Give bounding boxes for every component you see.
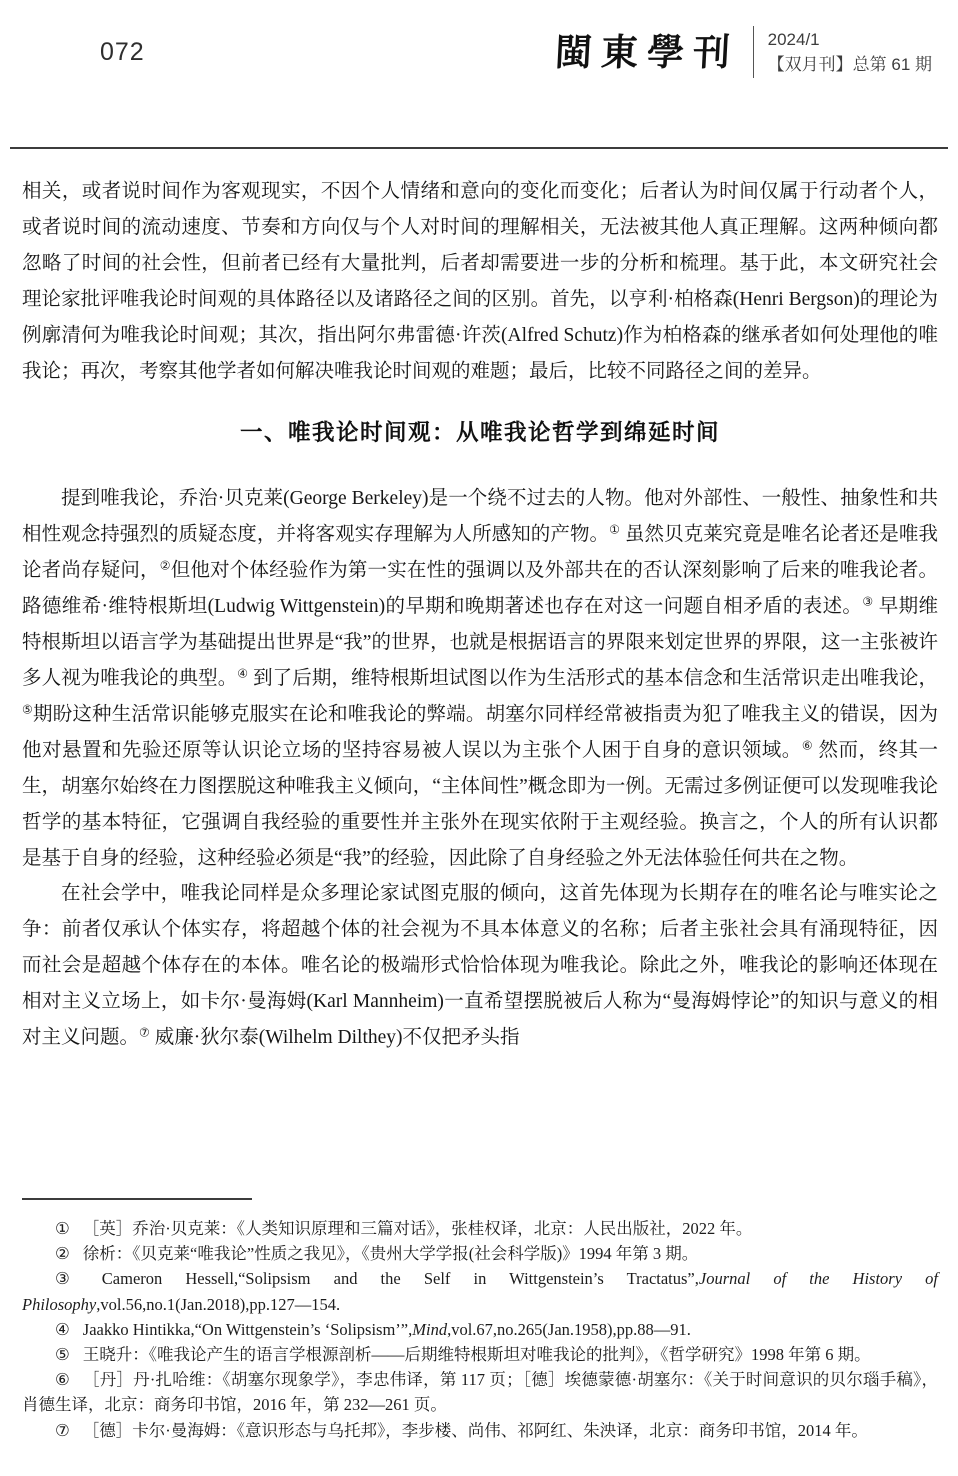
journal-page: 072 閩東學刊 2024/1 【双月刊】总第 61 期 相关，或者说时间作为客… (0, 0, 958, 1476)
footnote-marker: ⑦ (55, 1421, 70, 1440)
paragraph-philosophy: 提到唯我论，乔治·贝克莱(George Berkeley)是一个绕不过去的人物。… (22, 481, 938, 876)
page-header: 072 閩東學刊 2024/1 【双月刊】总第 61 期 (0, 0, 958, 147)
footnote-text: 王晓升：《唯我论产生的语言学根源剖析——后期维特根斯坦对唯我论的批判》，《哲学研… (83, 1345, 871, 1364)
footnote-item: ①［英］乔治·贝克莱：《人类知识原理和三篇对话》，张桂权译，北京：人民出版社，2… (22, 1216, 938, 1241)
footnote-item: ③Cameron Hessell,“Solipsism and the Self… (22, 1266, 938, 1316)
footnote-item: ②徐析：《贝克莱“唯我论”性质之我见》，《贵州大学学报(社会科学版)》1994 … (22, 1241, 938, 1266)
journal-masthead: 閩東學刊 2024/1 【双月刊】总第 61 期 (555, 26, 932, 78)
footnote-item: ⑥［丹］丹·扎哈维：《胡塞尔现象学》，李忠伟译，第 117 页；［德］埃德蒙德·… (22, 1367, 938, 1417)
header-rule (10, 147, 948, 149)
footnote-marker: ⑥ (55, 1370, 70, 1389)
masthead-divider-line (753, 26, 754, 78)
issue-number: 【双月刊】总第 61 期 (768, 53, 932, 78)
issue-year: 2024/1 (768, 28, 932, 53)
footnote-text: ［英］乔治·贝克莱：《人类知识原理和三篇对话》，张桂权译，北京：人民出版社，20… (83, 1219, 753, 1238)
footnote-text: 徐析：《贝克莱“唯我论”性质之我见》，《贵州大学学报(社会科学版)》1994 年… (83, 1244, 699, 1263)
section-heading: 一、唯我论时间观：从唯我论哲学到绵延时间 (22, 415, 938, 447)
footnote-item: ④Jaakko Hintikka,“On Wittgenstein’s ‘Sol… (22, 1317, 938, 1342)
paragraph-sociology: 在社会学中，唯我论同样是众多理论家试图克服的倾向，这首先体现为长期存在的唯名论与… (22, 876, 938, 1056)
footnote-marker: ④ (55, 1320, 70, 1339)
footnote-marker: ① (55, 1219, 70, 1238)
footnote-divider-line (22, 1198, 252, 1200)
issue-info: 2024/1 【双月刊】总第 61 期 (768, 26, 932, 77)
footnote-marker: ⑤ (55, 1345, 70, 1364)
footnote-item: ⑤王晓升：《唯我论产生的语言学根源剖析——后期维特根斯坦对唯我论的批判》，《哲学… (22, 1342, 938, 1367)
footnote-marker: ③ (55, 1269, 89, 1288)
footnote-text: Jaakko Hintikka,“On Wittgenstein’s ‘Soli… (83, 1320, 691, 1339)
footnotes-section: ①［英］乔治·贝克莱：《人类知识原理和三篇对话》，张桂权译，北京：人民出版社，2… (22, 1198, 938, 1443)
page-number: 072 (100, 38, 145, 67)
footnote-marker: ② (55, 1244, 70, 1263)
footnote-text: Cameron Hessell,“Solipsism and the Self … (22, 1269, 938, 1313)
footnote-text: ［丹］丹·扎哈维：《胡塞尔现象学》，李忠伟译，第 117 页；［德］埃德蒙德·胡… (22, 1370, 938, 1414)
article-body: 相关，或者说时间作为客观现实，不因个人情绪和意向的变化而变化；后者认为时间仅属于… (0, 174, 958, 1056)
footnote-item: ⑦［德］卡尔·曼海姆：《意识形态与乌托邦》，李步楼、尚伟、祁阿红、朱泱译，北京：… (22, 1418, 938, 1443)
journal-name: 閩東學刊 (553, 28, 740, 76)
footnote-text: ［德］卡尔·曼海姆：《意识形态与乌托邦》，李步楼、尚伟、祁阿红、朱泱译，北京：商… (83, 1421, 868, 1440)
paragraph-continuation: 相关，或者说时间作为客观现实，不因个人情绪和意向的变化而变化；后者认为时间仅属于… (22, 174, 938, 389)
